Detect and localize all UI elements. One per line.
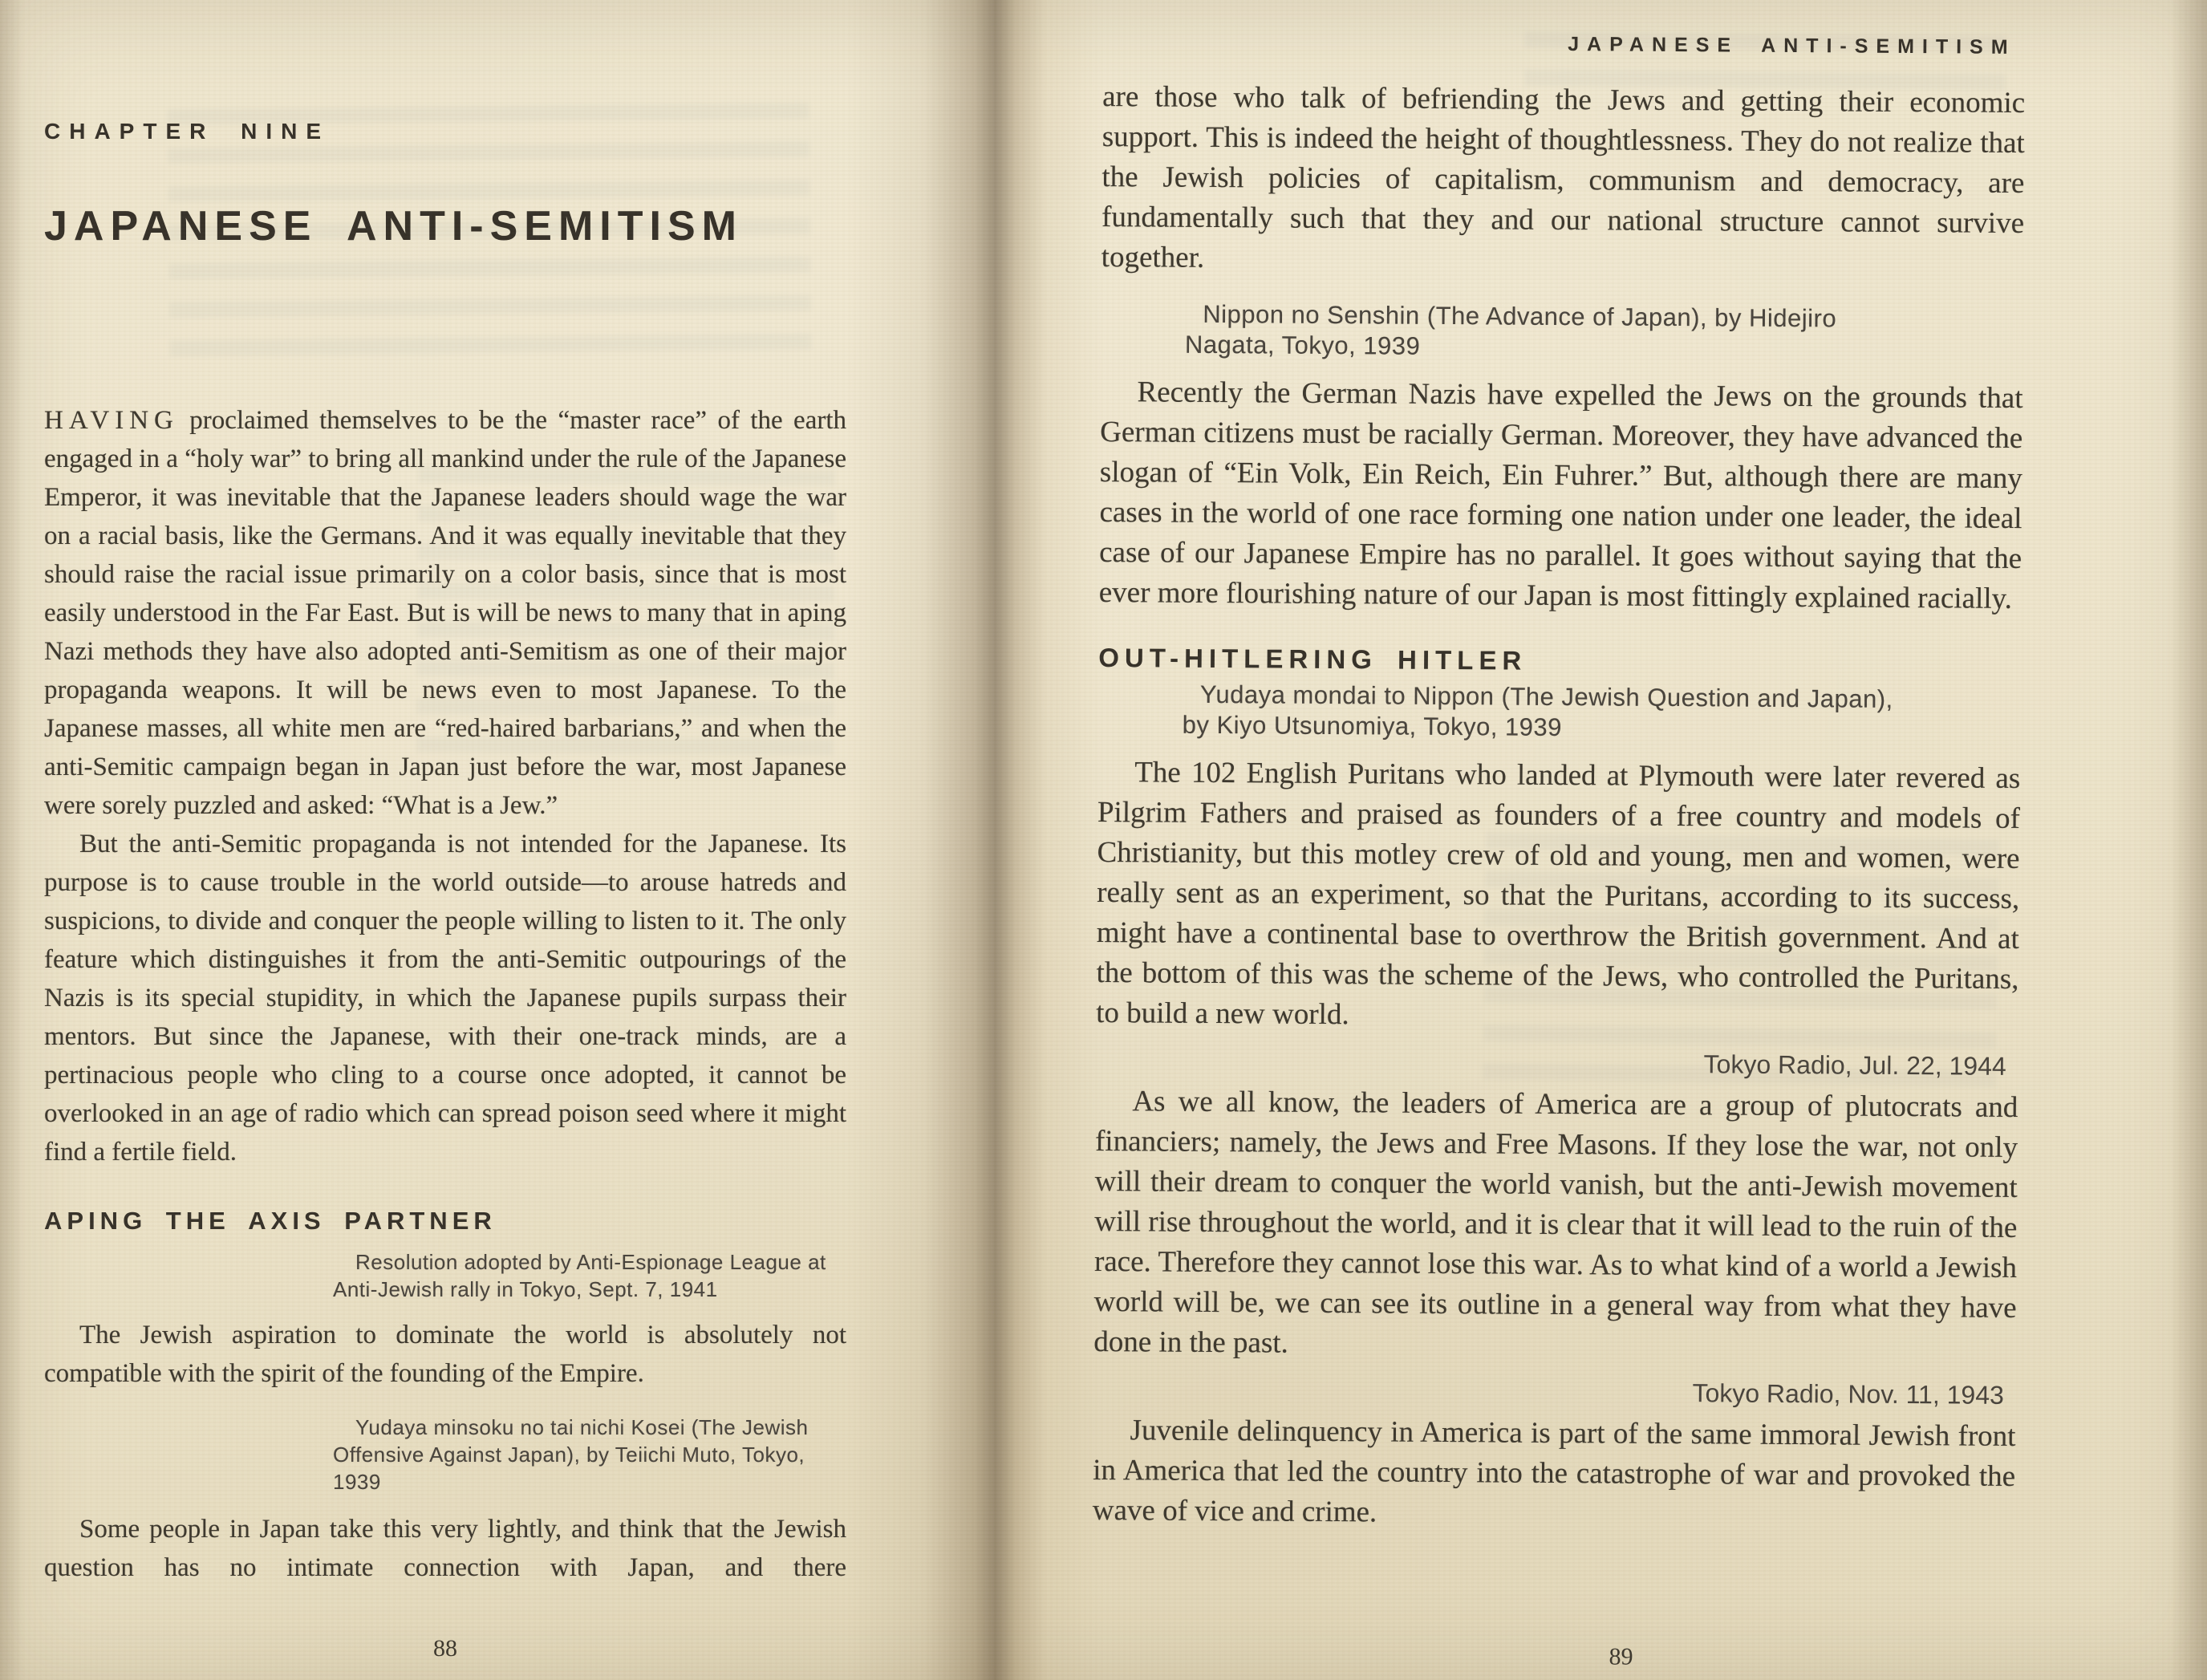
section-heading-out-hitlering: OUT-HITLERING HITLER bbox=[1098, 643, 2021, 679]
quoted-passage-resolution: The Jewish aspiration to dominate the wo… bbox=[44, 1316, 846, 1393]
source-citation-nippon-no-senshin: Nippon no Senshin (The Advance of Japan)… bbox=[1185, 299, 1908, 365]
body-paragraph-second: But the anti-Semitic propaganda is not i… bbox=[44, 825, 846, 1171]
section-heading-aping: APING THE AXIS PARTNER bbox=[44, 1207, 846, 1236]
page-number-left: 88 bbox=[44, 1635, 846, 1662]
right-page: JAPANESE ANTI-SEMITISM are those who tal… bbox=[1091, 0, 2026, 1680]
quoted-passage-recently-nazis: Recently the German Nazis have expelled … bbox=[1099, 372, 2023, 619]
quoted-passage-juvenile: Juvenile delinquency in America is part … bbox=[1093, 1410, 2016, 1537]
open-book-spread: CHAPTER NINE JAPANESE ANTI-SEMITISM HAVI… bbox=[0, 0, 2207, 1680]
left-page: CHAPTER NINE JAPANESE ANTI-SEMITISM HAVI… bbox=[44, 0, 846, 1680]
running-head: JAPANESE ANTI-SEMITISM bbox=[1103, 29, 2026, 59]
quoted-passage-some-people: Some people in Japan take this very ligh… bbox=[44, 1510, 846, 1587]
lead-word: HAVING bbox=[44, 406, 179, 435]
source-citation-resolution: Resolution adopted by Anti-Espionage Lea… bbox=[333, 1248, 846, 1303]
source-citation-yudaya-minsoku: Yudaya minsoku no tai nichi Kosei (The J… bbox=[333, 1414, 846, 1495]
body-paragraph-opening: HAVING proclaimed themselves to be the “… bbox=[44, 401, 846, 825]
source-citation-tokyo-radio-nov: Tokyo Radio, Nov. 11, 1943 bbox=[1093, 1374, 2004, 1410]
source-citation-yudaya-mondai: Yudaya mondai to Nippon (The Jewish Ques… bbox=[1183, 680, 1905, 745]
right-page-edge-shadow bbox=[2170, 0, 2207, 1680]
chapter-label: CHAPTER NINE bbox=[44, 119, 846, 144]
opening-paragraph-text: proclaimed themselves to be the “master … bbox=[44, 406, 846, 820]
source-citation-tokyo-radio-jul: Tokyo Radio, Jul. 22, 1944 bbox=[1096, 1045, 2006, 1081]
quoted-passage-puritans: The 102 English Puritans who landed at P… bbox=[1096, 753, 2020, 1040]
chapter-title: JAPANESE ANTI-SEMITISM bbox=[44, 204, 846, 249]
quoted-passage-plutocrats: As we all know, the leaders of America a… bbox=[1093, 1081, 2018, 1369]
body-paragraph-continuation: are those who talk of befriending the Je… bbox=[1101, 77, 2026, 284]
spine-gutter-shadow bbox=[846, 0, 1103, 1680]
page-number-right: 89 bbox=[1091, 1640, 2014, 1674]
left-page-edge-shadow bbox=[0, 0, 24, 1680]
